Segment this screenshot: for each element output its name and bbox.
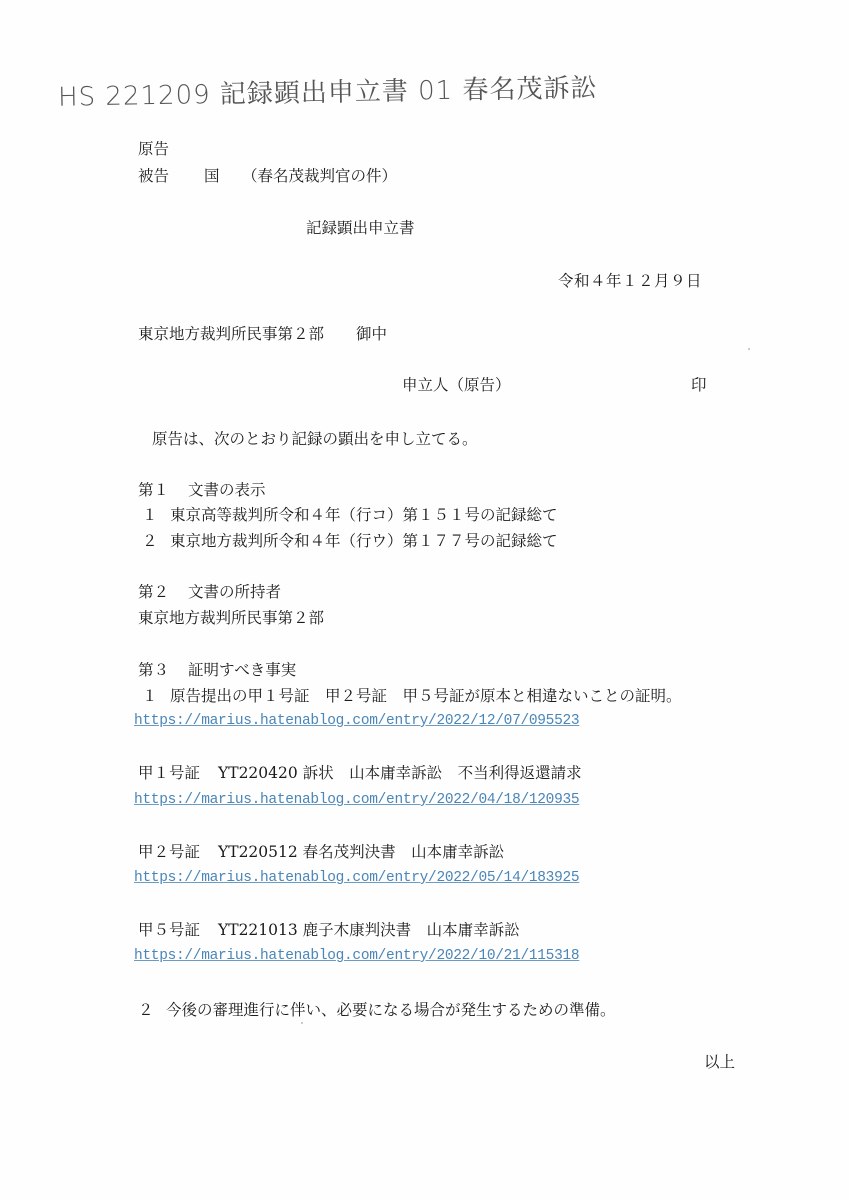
section2-heading: 文書の所持者 bbox=[188, 582, 281, 602]
scan-artifact bbox=[748, 348, 750, 350]
section3-item1-text: 原告提出の甲１号証 甲２号証 甲５号証が原本と相違ないことの証明。 bbox=[170, 686, 682, 706]
document-title: 記録顕出申立書 bbox=[306, 218, 415, 238]
section1-item1-text: 東京高等裁判所令和４年（行コ）第１５１号の記録総て bbox=[170, 505, 558, 525]
exhibit1-label: 甲１号証 bbox=[138, 763, 200, 783]
exhibit1-description: YT220420 訴状 山本庸幸訴訟 不当利得返還請求 bbox=[218, 763, 582, 783]
intro-statement: 原告は、次のとおり記録の顕出を申し立てる。 bbox=[152, 429, 478, 449]
exhibit1-link[interactable]: https://marius.hatenablog.com/entry/2022… bbox=[134, 790, 579, 810]
section1-number: 第１ bbox=[138, 480, 169, 500]
defendant-name: 国 bbox=[204, 166, 220, 186]
section3-item2-number: ２ bbox=[138, 1000, 154, 1020]
addressee-honorific: 御中 bbox=[356, 324, 387, 344]
exhibit5-description: YT221013 鹿子木康判決書 山本庸幸訴訟 bbox=[218, 920, 520, 940]
addressee-court: 東京地方裁判所民事第２部 bbox=[138, 324, 324, 344]
document-holder: 東京地方裁判所民事第２部 bbox=[138, 608, 324, 628]
exhibit2-description: YT220512 春名茂判決書 山本庸幸訴訟 bbox=[218, 842, 504, 862]
scanned-document-page: HS 221209 記録顕出申立書 01 春名茂訴訟 原告 被告 国 （春名茂裁… bbox=[0, 0, 849, 1200]
plaintiff-label: 原告 bbox=[138, 139, 169, 159]
document-date: 令和４年１２月９日 bbox=[558, 271, 702, 291]
scan-artifact bbox=[301, 1022, 303, 1024]
exhibit2-link[interactable]: https://marius.hatenablog.com/entry/2022… bbox=[134, 868, 579, 888]
evidence-summary-link[interactable]: https://marius.hatenablog.com/entry/2022… bbox=[134, 711, 579, 731]
section3-heading: 証明すべき事実 bbox=[188, 660, 296, 680]
handwritten-note: HS 221209 記録顕出申立書 01 春名茂訴訟 bbox=[58, 67, 598, 113]
seal-mark: 印 bbox=[691, 375, 707, 395]
section3-number: 第３ bbox=[138, 660, 169, 680]
section1-item2-number: ２ bbox=[142, 531, 158, 551]
exhibit5-link[interactable]: https://marius.hatenablog.com/entry/2022… bbox=[134, 946, 579, 966]
exhibit5-label: 甲５号証 bbox=[138, 920, 200, 940]
defendant-label: 被告 bbox=[138, 166, 169, 186]
section3-item2-text: 今後の審理進行に伴い、必要になる場合が発生するための準備。 bbox=[166, 1000, 616, 1020]
section1-item2-text: 東京地方裁判所令和４年（行ウ）第１７７号の記録総て bbox=[170, 531, 558, 551]
section1-heading: 文書の表示 bbox=[188, 480, 266, 500]
section2-number: 第２ bbox=[138, 582, 169, 602]
section3-item1-number: １ bbox=[142, 686, 158, 706]
closing-mark: 以上 bbox=[704, 1052, 735, 1072]
section1-item1-number: １ bbox=[142, 505, 158, 525]
applicant-label: 申立人（原告） bbox=[402, 375, 511, 395]
case-note: （春名茂裁判官の件） bbox=[242, 166, 397, 186]
exhibit2-label: 甲２号証 bbox=[138, 842, 200, 862]
